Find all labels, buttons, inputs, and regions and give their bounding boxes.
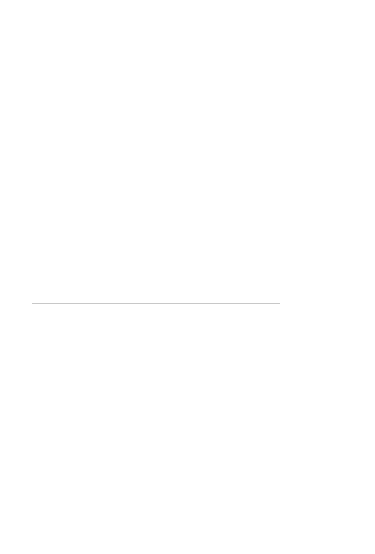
divider [32,303,280,304]
staff-row [34,287,76,299]
staff-row [34,264,76,276]
